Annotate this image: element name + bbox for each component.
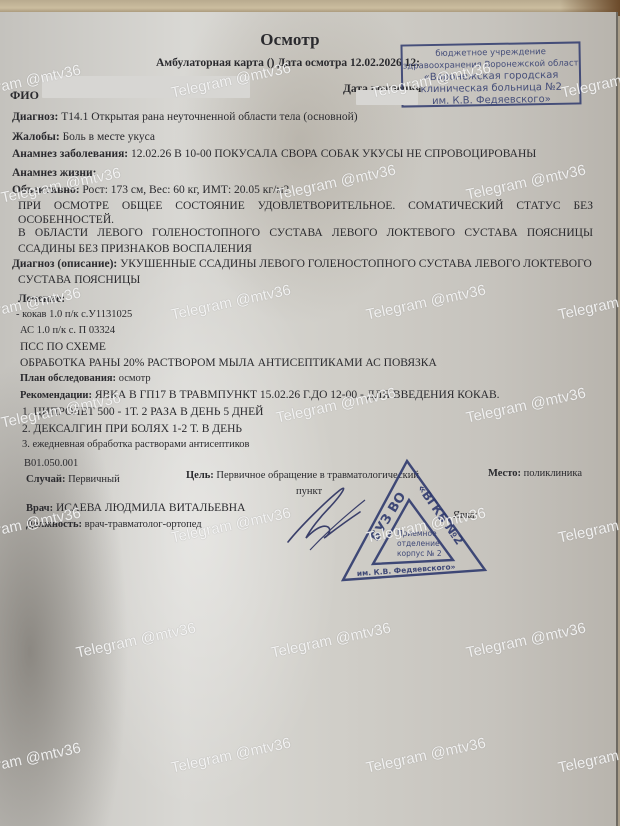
- service-code: В01.050.001: [24, 458, 78, 469]
- watermark: Telegram @mtv36: [75, 620, 198, 662]
- diagnosis-description-value: УКУШЕННЫЕ ССАДИНЫ ЛЕВОГО ГОЛЕНОСТОПНОГО …: [120, 258, 592, 270]
- exam-plan-row: План обследования: осмотр: [20, 373, 151, 384]
- watermark: Telegram @mtv36: [270, 620, 393, 662]
- anamnesis-disease-label: Анамнез заболевания:: [12, 148, 128, 160]
- diagnosis-description-continuation: СУСТАВА ПОЯСНИЦЫ: [18, 274, 140, 286]
- watermark: Telegram @mtv36: [465, 620, 588, 662]
- watermark: Telegram @mtv36: [557, 282, 620, 324]
- diagnosis-value: Т14.1 Открытая рана неуточненной области…: [61, 111, 357, 123]
- case-label: Случай:: [26, 474, 65, 485]
- treatment-line-4: ОБРАБОТКА РАНЫ 20% РАСТВОРОМ МЫЛА АНТИСЕ…: [20, 357, 437, 369]
- place-label: Место:: [488, 468, 521, 479]
- diagnosis-description-row: Диагноз (описание): УКУШЕННЫЕ ССАДИНЫ ЛЕ…: [12, 258, 592, 270]
- watermark: Telegram @mtv36: [557, 735, 620, 777]
- exam-plan-value: осмотр: [119, 373, 151, 384]
- watermark: Telegram @mtv36: [365, 282, 488, 324]
- stamp-inner-line-2: отделение: [397, 539, 440, 548]
- diagnosis-description-label: Диагноз (описание):: [12, 258, 117, 270]
- watermark: Telegram @mtv36: [275, 162, 398, 204]
- diagnosis-label: Диагноз:: [12, 111, 58, 123]
- place-value: поликлиника: [524, 468, 582, 479]
- objective-line-4: ССАДИНЫ БЕЗ ПРИЗНАКОВ ВОСПАЛЕНИЯ: [18, 243, 252, 255]
- complaints-value: Боль в месте укуса: [63, 131, 155, 143]
- treatment-line-2: АС 1.0 п/к с. П 03324: [20, 325, 115, 336]
- watermark: Telegram @mtv36: [170, 282, 293, 324]
- anamnesis-disease-value: 12.02.26 В 10-00 ПОКУСАЛА СВОРА СОБАК УК…: [131, 148, 536, 160]
- watermark: Telegram @mtv36: [0, 740, 82, 782]
- watermark: Telegram @mtv36: [0, 285, 82, 327]
- place-row: Место: поликлиника: [488, 468, 582, 479]
- doctor-value: ИСАЕВА ЛЮДМИЛА ВИТАЛЬЕВНА: [56, 502, 245, 514]
- objective-line-2: ОСОБЕННОСТЕЙ.: [18, 214, 114, 226]
- diagnosis-row: Диагноз: Т14.1 Открытая рана неуточненно…: [12, 111, 358, 123]
- goal-label: Цель:: [186, 470, 214, 481]
- case-value: Первичный: [68, 474, 120, 485]
- treatment-line-3: ПСС ПО СХЕМЕ: [20, 341, 106, 353]
- complaints-label: Жалобы:: [12, 131, 60, 143]
- recommendation-item-2: 2. ДЕКСАЛГИН ПРИ БОЛЯХ 1-2 Т. В ДЕНЬ: [22, 423, 242, 435]
- watermark: Telegram @mtv36: [557, 505, 620, 547]
- stamp-inner-line-3: корпус № 2: [397, 549, 442, 558]
- medical-document-page: Осмотр Амбулаторная карта () Дата осмотр…: [0, 12, 618, 826]
- recommendations-value: ЯВКА В ГП17 В ТРАВМПУНКТ 15.02.26 Г.ДО 1…: [95, 389, 500, 401]
- complaints-row: Жалобы: Боль в месте укуса: [12, 131, 155, 143]
- objective-line-3: В ОБЛАСТИ ЛЕВОГО ГОЛЕНОСТОПНОГО СУСТАВА …: [18, 227, 593, 239]
- watermark: Telegram @mtv36: [465, 162, 588, 204]
- objective-value: Рост: 173 см, Вес: 60 кг, ИМТ: 20.05 кг/…: [82, 184, 289, 196]
- recommendation-item-3: 3. ежедневная обработка растворами антис…: [22, 439, 250, 450]
- watermark: Telegram @mtv36: [365, 735, 488, 777]
- watermark: Telegram @mtv36: [170, 735, 293, 777]
- exam-plan-label: План обследования:: [20, 373, 116, 384]
- objective-line-1: ПРИ ОСМОТРЕ ОБЩЕЕ СОСТОЯНИЕ УДОВЛЕТВОРИТ…: [18, 200, 593, 212]
- case-row: Случай: Первичный: [26, 474, 120, 485]
- anamnesis-disease-row: Анамнез заболевания: 12.02.26 В 10-00 ПО…: [12, 148, 536, 160]
